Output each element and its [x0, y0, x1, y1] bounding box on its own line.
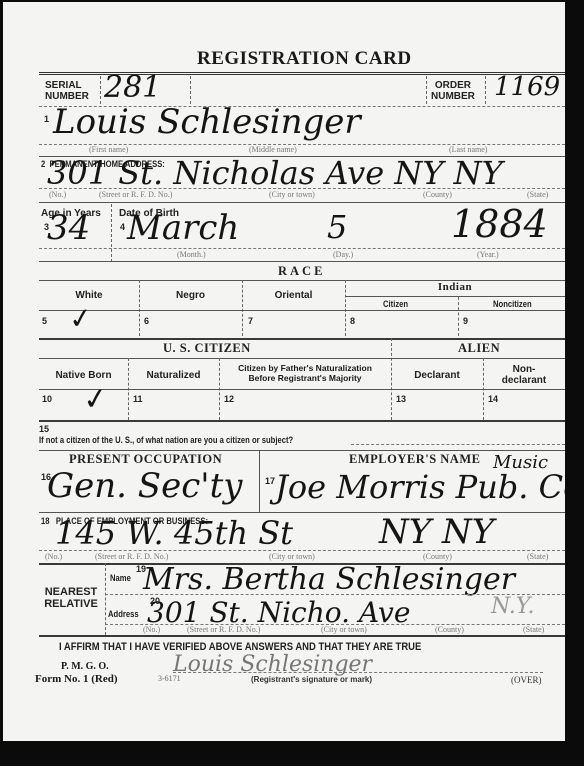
middle-name-sublabel: (Middle name) [249, 145, 297, 154]
divider [458, 297, 459, 336]
divider [190, 76, 191, 104]
signature-label: (Registrant's signature or mark) [251, 675, 372, 684]
divider [39, 338, 565, 340]
nation-answer-line [351, 444, 565, 445]
race-indian-noncitizen-label: Noncitizen [493, 299, 532, 309]
citizen-by-father-line1: Citizen by Father's Naturalization [219, 363, 391, 373]
serial-number-value: 281 [104, 70, 161, 105]
day-sublabel: (Day.) [333, 250, 353, 259]
race-white-checkmark: ✓ [67, 301, 95, 337]
divider [345, 296, 565, 297]
divider [426, 76, 427, 104]
divider [111, 204, 112, 262]
registrant-name-value: Louis Schlesinger [53, 102, 361, 142]
field-number-14: 14 [488, 394, 498, 404]
employment-city-sublabel: (City or town) [269, 552, 315, 561]
relative-name-value: Mrs. Bertha Schlesinger [143, 562, 515, 597]
employment-no-sublabel: (No.) [45, 552, 62, 561]
nearest-relative-label: NEAREST RELATIVE [39, 586, 103, 610]
field-number-10: 10 [42, 394, 52, 404]
field-number-18: 18 [41, 516, 50, 526]
relative-address-label: Address [108, 609, 139, 619]
address-no-sublabel: (No.) [49, 190, 66, 199]
divider [242, 280, 243, 336]
race-oriental-label: Oriental [242, 290, 345, 301]
relative-street-sublabel: (Street or R. F. D. No.) [187, 625, 260, 634]
divider [39, 248, 565, 249]
field-number-9: 9 [463, 316, 468, 326]
divider [39, 188, 565, 189]
field-number-7: 7 [248, 316, 253, 326]
place-of-employment-city-value: NY NY [379, 512, 494, 552]
signature-line [173, 672, 543, 673]
address-county-sublabel: (County) [423, 190, 452, 199]
field-number-1: 1 [44, 114, 49, 124]
relative-state-sublabel: (State) [523, 625, 544, 634]
address-state-sublabel: (State) [527, 190, 548, 199]
birth-day-value: 5 [327, 208, 347, 246]
us-citizen-header: U. S. CITIZEN [163, 341, 251, 356]
first-name-sublabel: (First name) [89, 145, 128, 154]
over-label: (OVER) [511, 675, 542, 685]
divider [100, 76, 101, 104]
year-sublabel: (Year.) [477, 250, 499, 259]
field-number-5: 5 [42, 316, 47, 326]
field-number-6: 6 [144, 316, 149, 326]
non-declarant-label: Non- declarant [483, 364, 565, 386]
divider [39, 635, 565, 637]
field-number-4: 4 [120, 222, 125, 232]
native-born-checkmark: ✓ [81, 380, 111, 418]
nearest-relative-line1: NEAREST [39, 586, 103, 598]
non-declarant-line1: Non- [483, 364, 565, 375]
field-number-12: 12 [224, 394, 234, 404]
form-number: Form No. 1 (Red) [35, 673, 117, 685]
divider [39, 389, 565, 390]
race-indian-citizen-label: Citizen [383, 299, 408, 309]
employer-note-value: Music [493, 452, 548, 473]
native-born-label: Native Born [39, 370, 128, 381]
declarant-label: Declarant [391, 370, 483, 381]
field-number-2: 2 [41, 159, 45, 169]
occupation-value: Gen. Sec'ty [47, 466, 242, 506]
serial-number-label: SERIAL NUMBER [45, 80, 89, 102]
last-name-sublabel: (Last name) [449, 145, 487, 154]
race-white-label: White [39, 290, 139, 301]
field-number-8: 8 [350, 316, 355, 326]
employment-street-sublabel: (Street or R. F. D. No.) [95, 552, 168, 561]
employment-county-sublabel: (County) [423, 552, 452, 561]
birth-month-value: March [127, 208, 239, 248]
field-number-17: 17 [265, 476, 275, 486]
order-number-value: 1169 [494, 72, 560, 102]
divider [39, 261, 565, 262]
serial-label-line1: SERIAL [45, 80, 89, 91]
age-value: 34 [47, 208, 90, 248]
relative-city-sublabel: (City or town) [321, 625, 367, 634]
employment-state-sublabel: (State) [527, 552, 548, 561]
citizen-by-father-label: Citizen by Father's Naturalization Befor… [219, 363, 391, 383]
order-label-line1: ORDER [431, 80, 475, 91]
divider [39, 420, 565, 422]
divider [39, 550, 565, 551]
address-street-sublabel: (Street or R. F. D. No.) [99, 190, 172, 199]
nation-question: If not a citizen of the U. S., of what n… [39, 435, 293, 445]
home-address-value: 301 St. Nicholas Ave NY NY [47, 154, 503, 192]
relative-name-label: Name [110, 573, 131, 583]
alien-header: ALIEN [458, 341, 500, 356]
employer-header: EMPLOYER'S NAME [349, 452, 480, 467]
relative-no-sublabel: (No.) [143, 625, 160, 634]
address-city-sublabel: (City or town) [269, 190, 315, 199]
form-pmgo: P. M. G. O. [61, 661, 109, 672]
occupation-header: PRESENT OCCUPATION [69, 452, 222, 467]
divider [485, 76, 486, 104]
divider [139, 280, 140, 336]
relative-county-sublabel: (County) [435, 625, 464, 634]
race-indian-header: Indian [345, 281, 565, 293]
citizen-by-father-line2: Before Registrant's Majority [219, 373, 391, 383]
field-number-11: 11 [133, 394, 143, 404]
birth-year-value: 1884 [451, 202, 548, 246]
registrant-signature: Louis Schlesinger [173, 652, 372, 677]
divider [39, 450, 565, 451]
serial-label-line2: NUMBER [45, 91, 89, 102]
relative-address-state-value: N.Y. [491, 594, 535, 619]
race-header: RACE [278, 264, 325, 279]
race-negro-label: Negro [139, 290, 242, 301]
nearest-relative-line2: RELATIVE [39, 598, 103, 610]
naturalized-label: Naturalized [128, 370, 219, 381]
order-label-line2: NUMBER [431, 91, 475, 102]
place-of-employment-street-value: 145 W. 45th St [55, 514, 293, 552]
divider [259, 450, 260, 512]
month-sublabel: (Month.) [177, 250, 206, 259]
divider [39, 358, 565, 359]
employer-value: Joe Morris Pub. Co. [275, 468, 565, 506]
field-number-15: 15 [39, 424, 49, 434]
divider [39, 310, 565, 311]
non-declarant-line2: declarant [483, 375, 565, 386]
field-number-13: 13 [396, 394, 406, 404]
order-number-label: ORDER NUMBER [431, 80, 475, 102]
registration-card: REGISTRATION CARD SERIAL NUMBER 281 ORDE… [3, 2, 565, 741]
card-title: REGISTRATION CARD [197, 48, 412, 70]
